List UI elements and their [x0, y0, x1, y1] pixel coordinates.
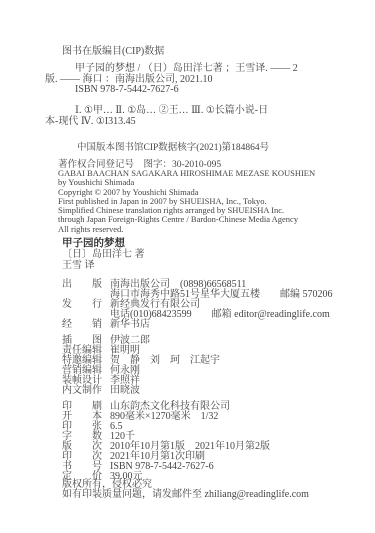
publication-group: 插 图伊波二郎责任编辑崔明明特邀编辑贺 静 刘 珂 江起宇营销编辑何永刚装帧设计… [62, 336, 333, 396]
publication-row-label: 出 版 [62, 280, 106, 290]
cip-line: ISBN 978-7-5442-7627-6 [45, 85, 298, 96]
publication-row-value: 新华书店 [106, 320, 150, 330]
publication-group: 印 刷山东韵杰文化科技有限公司开 本890毫米×1270毫米 1/32印 张6.… [62, 402, 333, 482]
publication-row: 特邀编辑贺 静 刘 珂 江起宇 [62, 356, 333, 366]
cip-line: 本-现代 Ⅳ. ①I313.45 [45, 117, 268, 128]
copyright-line: All rights reserved. [58, 225, 315, 234]
title-block: 甲子园的梦想 〔日〕岛田洋七 著 王雪 译 [62, 238, 145, 271]
book-translator: 王雪 译 [62, 260, 145, 271]
publication-row: 装帧设计李照祥 [62, 376, 333, 386]
publication-row-label: 发 行 [62, 300, 106, 310]
publication-row: 开 本890毫米×1270毫米 1/32 [62, 412, 333, 422]
english-copyright-block: GABAI BAACHAN SAGAKARA HIROSHIMAE MEZASE… [58, 169, 315, 234]
book-copyright-page: 图书在版编目(CIP)数据 甲子园的梦想 / （日）岛田洋七著 ；王雪译. ——… [0, 0, 375, 533]
publication-row: 电话(010)68423599 邮箱 editor@readinglife.co… [62, 310, 333, 320]
cip-line: Ⅰ. ①甲… Ⅱ. ①岛… ②王… Ⅲ. ①长篇小说-日 [45, 106, 268, 117]
publication-row-label: 经 销 [62, 320, 106, 330]
publication-row: 插 图伊波二郎 [62, 336, 333, 346]
publication-row-value: 890毫米×1270毫米 1/32 [106, 412, 218, 422]
footer-notice: 版权所有，侵权必究如有印装质量问题，请发邮件至 zhiliang@reading… [62, 480, 309, 501]
publication-row-label: 内文制作 [62, 386, 106, 396]
cip-line: 甲子园的梦想 / （日）岛田洋七著 ；王雪译. —— 2 [45, 64, 298, 75]
book-title: 甲子园的梦想 [62, 238, 145, 249]
cip-header: 图书在版编目(CIP)数据 [62, 42, 164, 57]
publication-info: 出 版南海出版公司 (0898)66568511海口市海秀中路51号星华大厦五楼… [62, 280, 333, 488]
publication-group: 出 版南海出版公司 (0898)66568511海口市海秀中路51号星华大厦五楼… [62, 280, 333, 330]
cip-record-block: 甲子园的梦想 / （日）岛田洋七著 ；王雪译. —— 2版. —— 海口 ：南海… [45, 64, 298, 96]
cip-classification-block: Ⅰ. ①甲… Ⅱ. ①岛… ②王… Ⅲ. ①长篇小说-日本-现代 Ⅳ. ①I31… [45, 106, 268, 127]
publication-row: 内文制作田晓波 [62, 386, 333, 396]
footer-line: 如有印装质量问题，请发邮件至 zhiliang@readinglife.com [62, 490, 309, 500]
publication-row: 印 张6.5 [62, 422, 333, 432]
publication-row: 书 号ISBN 978-7-5442-7627-6 [62, 462, 333, 472]
cip-registry-number: 中国版本图书馆CIP数据核字(2021)第184864号 [77, 139, 269, 153]
publication-row-value: 田晓波 [106, 386, 140, 396]
publication-row: 营销编辑何永刚 [62, 366, 333, 376]
publication-row: 经 销新华书店 [62, 320, 333, 330]
book-author: 〔日〕岛田洋七 著 [62, 249, 145, 260]
